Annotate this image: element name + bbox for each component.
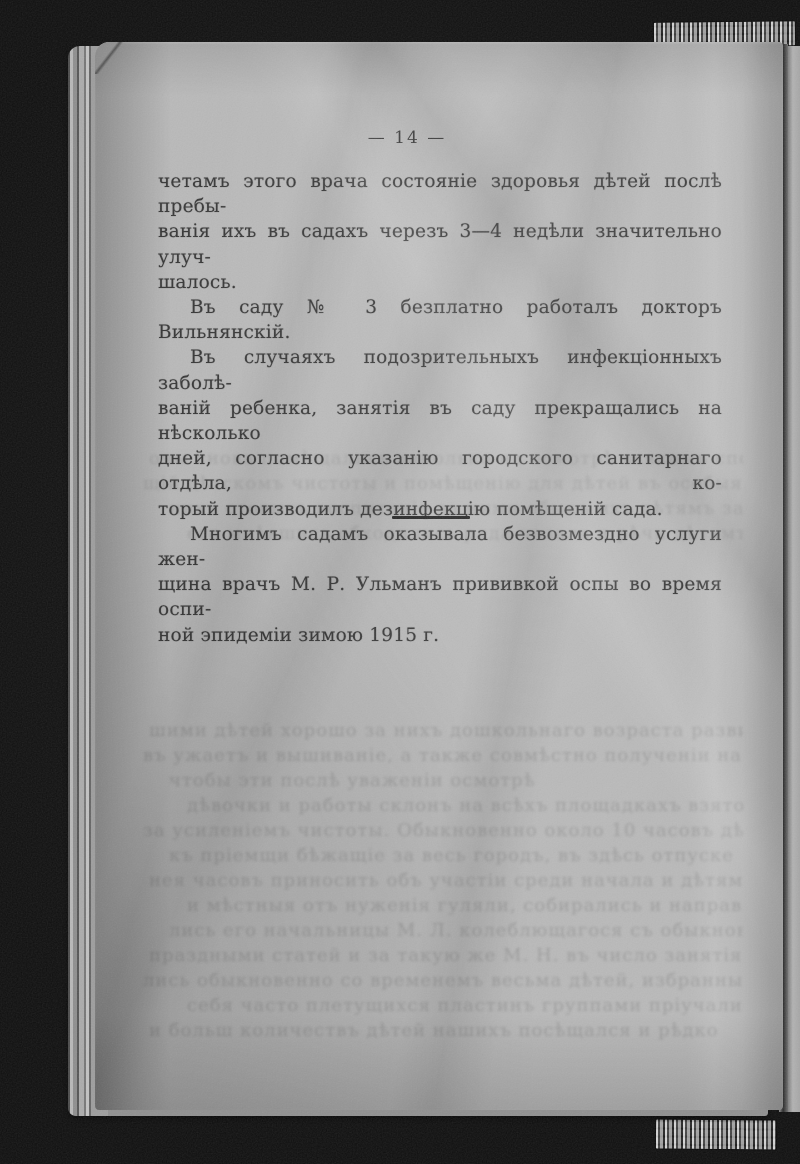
text-line: ной эпидеміи зимою 1915 г.	[158, 623, 722, 648]
page-number: — 14 —	[125, 128, 689, 148]
adjacent-page-edge	[788, 46, 800, 1112]
text-line: Въ случаяхъ подозрительныхъ инфекціонных…	[158, 345, 722, 395]
paragraph: Многимъ садамъ оказывала безвозмездно ус…	[158, 522, 722, 648]
show-through-line: въ ужаетъ и вышиваніе, а также совмѣстно…	[143, 743, 743, 768]
binding-fabric-bottom	[655, 1118, 777, 1150]
paragraph: Въ саду № 3 безплатно работалъ докторъ В…	[158, 295, 722, 345]
show-through-line: лись его начальницы М. Л. колеблющагося …	[169, 918, 743, 943]
show-through-line: праздными статей и за такую же М. Н. въ …	[149, 943, 743, 968]
text-line: четамъ этого врача состояніе здоровья дѣ…	[158, 169, 722, 219]
page-corner-fold	[95, 42, 135, 74]
paragraph: Въ случаяхъ подозрительныхъ инфекціонных…	[158, 345, 722, 521]
book-scan: — 14 — четамъ этого врача состояніе здор…	[0, 0, 800, 1164]
show-through-line: дѣвочки и работы склонъ на всѣхъ площадк…	[187, 793, 743, 818]
text-line: ваній ребенка, занятія въ саду прекращал…	[158, 396, 722, 446]
text-line: шалось.	[158, 270, 722, 295]
show-through-line: себя часто плетущихся пластинъ группами …	[187, 993, 743, 1018]
show-through-line: за усиленіемъ чистоты. Обыкновенно около…	[143, 818, 743, 843]
section-divider-rule	[392, 516, 470, 519]
text-line: Многимъ садамъ оказывала безвозмездно ус…	[158, 522, 722, 572]
show-through-line: нея часовъ приносить объ участіи среди н…	[149, 868, 743, 893]
paragraph: четамъ этого врача состояніе здоровья дѣ…	[158, 169, 722, 295]
text-line: Въ саду № 3 безплатно работалъ докторъ В…	[158, 295, 722, 345]
scanned-page: — 14 — четамъ этого врача состояніе здор…	[95, 42, 783, 1110]
show-through-line: чтобы эти послѣ уваженіи осмотрѣ	[169, 768, 743, 793]
text-line: ванія ихъ въ садахъ черезъ 3—4 недѣли зн…	[158, 219, 722, 269]
show-through-line: и мѣстныя отъ нуженія гуляли, собирались…	[187, 893, 743, 918]
text-line: дней, согласно указанію городского санит…	[158, 446, 722, 496]
show-through-line: къ пріемщи бѣжащіе за весь городъ, въ зд…	[169, 843, 743, 868]
show-through-line: и больш количествъ дѣтей нашихъ посѣщалс…	[149, 1018, 743, 1043]
text-line: щина врачъ М. Р. Ульманъ прививкой оспы …	[158, 572, 722, 622]
show-through-line: лись обыкновенно со временемъ весьма дѣт…	[143, 968, 743, 993]
text-block: четамъ этого врача состояніе здоровья дѣ…	[158, 169, 722, 648]
show-through-line: шими дѣтей хорошо за нихъ дошкольнаго во…	[149, 718, 743, 743]
show-through-text-lower: шими дѣтей хорошо за нихъ дошкольнаго во…	[143, 718, 743, 1043]
